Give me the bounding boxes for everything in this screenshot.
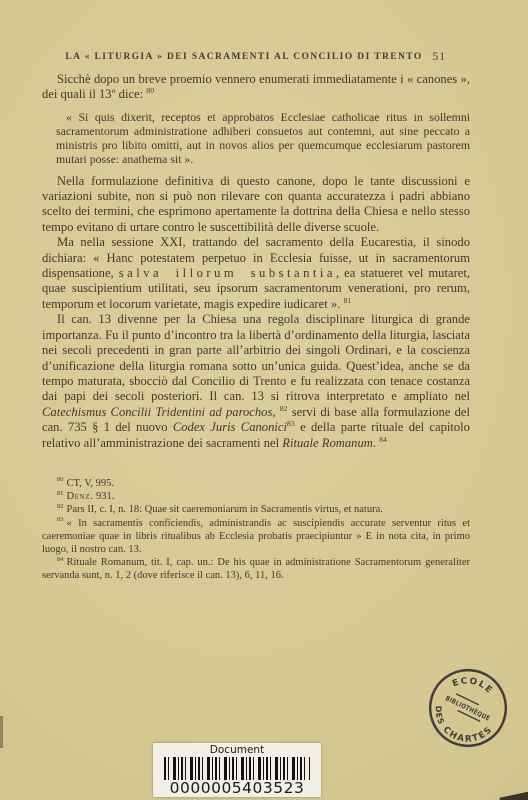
footnotes: 80CT, V, 995.81Denz. 931.82Pars II, c. I… — [42, 477, 470, 583]
barcode-title: Document — [210, 744, 264, 756]
barcode-bars — [164, 757, 310, 780]
text-segment: Nella formulazione definitiva di questo … — [42, 174, 470, 234]
footnote-ref: 80 — [146, 86, 154, 95]
text-segment: salva illorum substantia — [119, 266, 336, 280]
paragraph: Il can. 13 divenne per la Chiesa una reg… — [42, 312, 470, 451]
footnote-number: 82 — [57, 503, 64, 510]
page-number: 51 — [433, 51, 447, 63]
stamp-text-bibliotheque: BIBLIOTHÈQUE — [444, 693, 492, 722]
text-segment: Pars II, c. I, n. 18: Quae sit caeremoni… — [67, 504, 383, 515]
library-stamp: ECOLE DES CHARTES BIBLIOTHÈQUE — [422, 662, 514, 754]
body-paragraphs: Sicchè dopo un breve proemio vennero enu… — [42, 72, 470, 451]
footnote: 82Pars II, c. I, n. 18: Quae sit caeremo… — [42, 503, 470, 516]
text-segment: « Si quis dixerit, receptos et approbato… — [56, 110, 470, 167]
text-segment: Denz. — [67, 491, 94, 502]
footnote-ref: 82 — [280, 404, 288, 413]
paragraph: Sicchè dopo un breve proemio vennero enu… — [42, 72, 470, 103]
paragraph: Nella formulazione definitiva di questo … — [42, 174, 470, 236]
quote-block: « Si quis dixerit, receptos et approbato… — [56, 110, 470, 167]
text-segment: Catechismus Concilii Tridentini ad paroc… — [42, 405, 272, 419]
text-segment: « In sacramentis conficiendis, administr… — [42, 518, 470, 555]
footnote: 80CT, V, 995. — [42, 477, 470, 490]
stamp-graphic: ECOLE DES CHARTES BIBLIOTHÈQUE — [422, 662, 514, 754]
text-segment: Codex Juris Canonici — [173, 420, 287, 434]
text-segment: dice: — [116, 87, 147, 101]
stamp-center-band: BIBLIOTHÈQUE — [443, 691, 493, 725]
page-header: LA « LITURGIA » DEI SACRAMENTI AL CONCIL… — [42, 52, 470, 66]
text-segment: CT, V, 995. — [67, 478, 115, 489]
footnote-number: 81 — [57, 490, 64, 497]
footnote: 83« In sacramentis conficiendis, adminis… — [42, 517, 470, 557]
footnote-number: 83 — [57, 516, 64, 523]
barcode-label: Document 0000005403523 — [153, 743, 321, 797]
scan-corner-mark — [499, 790, 528, 800]
scan-edge-mark — [0, 716, 3, 748]
footnote-ref: 83 — [287, 419, 295, 428]
text-segment: , — [272, 405, 279, 419]
footnote-ref: 84 — [379, 434, 387, 443]
scanned-book-page: LA « LITURGIA » DEI SACRAMENTI AL CONCIL… — [0, 0, 528, 800]
text-segment: Sicchè dopo un breve proemio vennero enu… — [42, 72, 470, 101]
footnote-number: 80 — [57, 476, 64, 483]
paragraph: Ma nella sessione XXI, trattando del sac… — [42, 235, 470, 312]
footnote-ref: 81 — [343, 296, 351, 305]
text-segment: Rituale Romanum, tit. I, cap. un.: De hi… — [42, 557, 470, 581]
running-title: LA « LITURGIA » DEI SACRAMENTI AL CONCIL… — [30, 52, 458, 62]
text-segment: Rituale Romanum — [282, 436, 373, 450]
footnote: 81Denz. 931. — [42, 490, 470, 503]
barcode-number: 0000005403523 — [170, 780, 305, 797]
text-column: Sicchè dopo un breve proemio vennero enu… — [42, 72, 470, 583]
text-segment: Il can. 13 divenne per la Chiesa una reg… — [42, 312, 470, 403]
footnote: 84Rituale Romanum, tit. I, cap. un.: De … — [42, 556, 470, 582]
footnote-number: 84 — [57, 556, 64, 563]
text-segment: 931. — [93, 491, 114, 502]
